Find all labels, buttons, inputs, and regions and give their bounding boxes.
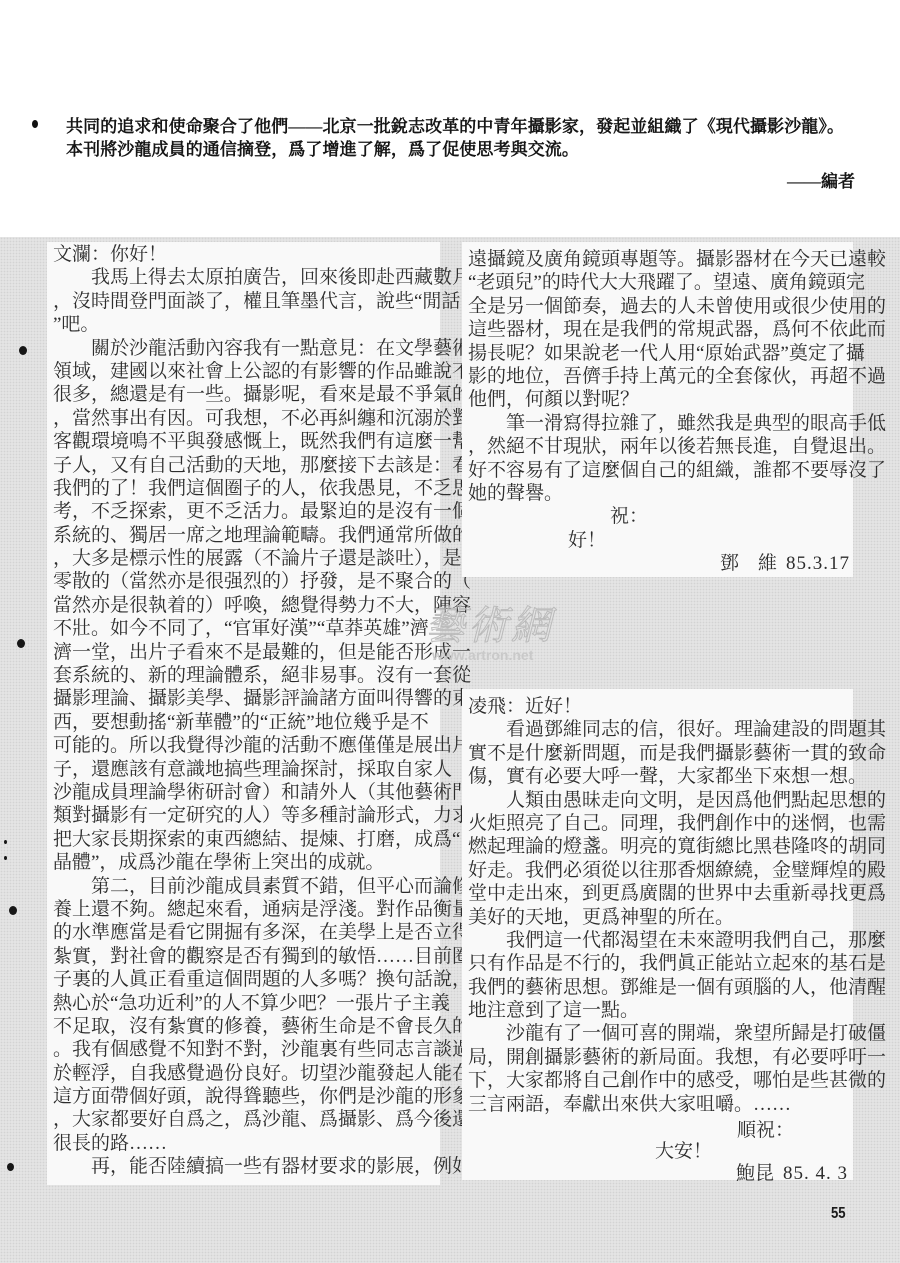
punch-hole-mark [4, 840, 7, 844]
text-line: 我們這一代都渴望在未來證明我們自己，那麼 [468, 929, 853, 952]
text-line: 傷，實有必要大呼一聲，大家都坐下來想一想。 [468, 765, 853, 788]
text-line: 美好的天地，更爲神聖的所在。 [468, 906, 853, 929]
text-line: 好走。我們必須從以往那香烟繚繞，金璧輝煌的殿 [468, 859, 853, 882]
text-line: 把大家長期探索的東西總結、提煉、打磨，成爲“ [53, 828, 440, 851]
text-line: 。我有個感覺不知對不對，沙龍裏有些同志言談過 [53, 1038, 440, 1061]
text-line: 晶體”，成爲沙龍在學術上突出的成就。 [53, 851, 440, 874]
text-line: 筆一滑寫得拉雜了，雖然我是典型的眼高手低 [468, 412, 853, 435]
letter-signature: 鄧 維85.3.17 [468, 552, 853, 575]
letter-greeting: 文瀾：你好！ [53, 243, 440, 266]
text-line: 子裏的人眞正看重這個問題的人多嗎？換句話說， [53, 968, 440, 991]
text-line: 的水準應當是看它開掘有多深，在美學上是否立得 [53, 921, 440, 944]
signer-name: 鄧 維 [720, 553, 777, 574]
text-line: 濟一堂，出片子看來不是最難的，但是能否形成一 [53, 641, 440, 664]
text-line: 考，不乏探索，更不乏活力。最緊迫的是沒有一個 [53, 500, 440, 523]
text-line: ，沒時間登門面談了，權且筆墨代言，說些“閒話 [53, 290, 440, 313]
text-line: 我馬上得去太原拍廣告，回來後即赴西藏數月 [53, 266, 440, 289]
text-line: 好不容易有了這麼個自己的組織，誰都不要辱沒了 [468, 459, 853, 482]
text-line: 我們的了！我們這個圈子的人，依我愚見，不乏思 [53, 477, 440, 500]
text-line: ”吧。 [53, 313, 440, 336]
punch-hole-mark [4, 856, 7, 860]
punch-hole-mark [7, 1163, 14, 1171]
text-line: ，當然事出有因。可我想，不必再糾纏和沉溺於對 [53, 407, 440, 430]
text-line: 零散的（當然亦是很强烈的）抒發，是不聚合的（ [53, 570, 440, 593]
signer-name: 鮑昆 [736, 1163, 774, 1184]
text-line: 可能的。所以我覺得沙龍的活動不應僅僅是展出片 [53, 734, 440, 757]
text-line: 當然亦是很執着的）呼喚，總覺得勢力不大，陣容 [53, 594, 440, 617]
text-line: 人類由愚昧走向文明，是因爲他們點起思想的 [468, 789, 853, 812]
text-line: 她的聲譽。 [468, 482, 853, 505]
text-line: 他們，何顏以對呢？ [468, 388, 853, 411]
text-line: 子，還應該有意識地搞些理論探討，採取自家人（ [53, 758, 440, 781]
text-line: 類對攝影有一定研究的人）等多種討論形式，力求 [53, 804, 440, 827]
text-line: 沙龍有了一個可喜的開端，衆望所歸是打破僵 [468, 1022, 853, 1045]
text-line: 揚長呢？如果說老一代人用“原始武器”奠定了攝 [468, 342, 853, 365]
text-line: ，大家都要好自爲之，爲沙龍、爲攝影、爲今後還 [53, 1108, 440, 1131]
text-line: 實不是什麼新問題，而是我們攝影藝術一貫的致命 [468, 742, 853, 765]
text-line: 系統的、獨居一席之地理論範疇。我們通常所做的 [53, 524, 440, 547]
text-line: 影的地位，吾儕手持上萬元的全套傢伙，再超不過 [468, 365, 853, 388]
intro-line: 共同的追求和使命聚合了他們——北京一批銳志改革的中青年攝影家，發起並組織了《現代… [66, 115, 866, 138]
text-line: 西，要想動搖“新華體”的“正統”地位幾乎是不 [53, 711, 440, 734]
letter-wish: 好！ [468, 529, 853, 552]
text-line: 熱心於“急功近利”的人不算少吧？一張片子主義 [53, 992, 440, 1015]
text-line: 地注意到了這一點。 [468, 999, 853, 1022]
editor-intro: 共同的追求和使命聚合了他們——北京一批銳志改革的中青年攝影家，發起並組織了《現代… [66, 115, 866, 162]
letter-1-column-left: 文瀾：你好！ 我馬上得去太原拍廣告，回來後即赴西藏數月 ，沒時間登門面談了，權且… [47, 242, 440, 1185]
text-line: 第二，目前沙龍成員素質不錯，但平心而論修 [53, 875, 440, 898]
letter-closing: 順祝： [468, 1119, 853, 1142]
text-line: 這些器材，現在是我們的常規武器，爲何不依此而 [468, 318, 853, 341]
text-line: 很多，總還是有一些。攝影呢，看來是最不爭氣的 [53, 383, 440, 406]
punch-hole-mark [19, 346, 27, 355]
letter-closing: 祝： [468, 505, 853, 528]
text-line: 只有作品是不行的，我們眞正能站立起來的基石是 [468, 952, 853, 975]
text-line: 我們的藝術思想。鄧維是一個有頭腦的人，他清醒 [468, 976, 853, 999]
bullet-icon [32, 120, 38, 128]
text-line: 不壯。如今不同了，“官軍好漢”“草莽英雄”濟 [53, 617, 440, 640]
text-line: 這方面帶個好頭，說得聳聽些，你們是沙龍的形象 [53, 1085, 440, 1108]
text-line: 很長的路…… [53, 1132, 440, 1155]
punch-hole-mark [9, 906, 17, 915]
text-line: 不足取，沒有紮實的修養，藝術生命是不會長久的 [53, 1015, 440, 1038]
text-line: 三言兩語，奉獻出來供大家咀嚼。…… [468, 1093, 853, 1116]
text-line: 領域，建國以來社會上公認的有影響的作品雖說不 [53, 360, 440, 383]
text-line: 於輕浮，自我感覺過份良好。切望沙龍發起人能在 [53, 1062, 440, 1085]
text-line: 堂中走出來，到更爲廣闊的世界中去重新尋找更爲 [468, 882, 853, 905]
text-line: 沙龍成員理論學術研討會）和請外人（其他藝術門 [53, 781, 440, 804]
text-line: 局，開創攝影藝術的新局面。我想，有必要呼吁一 [468, 1046, 853, 1069]
letter-date: 85.3.17 [786, 553, 850, 574]
text-line: 燃起理論的燈盞。明亮的寬街總比黑巷隆咚的胡同 [468, 835, 853, 858]
letter-date: 85. 4. 3 [783, 1163, 848, 1184]
text-line: 套系統的、新的理論體系，絕非易事。沒有一套從 [53, 664, 440, 687]
text-line: 全是另一個節奏，過去的人未曾使用或很少使用的 [468, 295, 853, 318]
letter-2: 凌飛：近好！ 看過鄧維同志的信，很好。理論建設的問題其 實不是什麼新問題，而是我… [462, 689, 853, 1180]
watermark-logo: 藝術網 [425, 594, 554, 651]
letter-signature: 鮑昆85. 4. 3 [468, 1162, 853, 1185]
text-line: 下，大家都將自己創作中的感受，哪怕是些甚微的 [468, 1069, 853, 1092]
letter-greeting: 凌飛：近好！ [468, 695, 853, 718]
text-line: 客觀環境鳴不平與發感慨上，既然我們有這麼一幫 [53, 430, 440, 453]
text-line: 養上還不夠。總起來看，通病是浮淺。對作品衡量 [53, 898, 440, 921]
text-line: 紮實，對社會的觀察是否有獨到的敏悟……目前圈 [53, 945, 440, 968]
text-line: “老頭兒”的時代大大飛躍了。望遠、廣角鏡頭完 [468, 271, 853, 294]
page-number: 55 [831, 1205, 846, 1223]
text-line: 再，能否陸續搞一些有器材要求的影展，例如 [53, 1155, 440, 1178]
text-line: ，大多是標示性的展露（不論片子還是談吐），是 [53, 547, 440, 570]
text-line: 遠攝鏡及廣角鏡頭專題等。攝影器材在今天已遠較 [468, 248, 853, 271]
letter-wish: 大安！ [468, 1140, 853, 1163]
intro-line: 本刊將沙龍成員的通信摘登，爲了增進了解，爲了促使思考與交流。 [66, 138, 866, 161]
text-line: 關於沙龍活動內容我有一點意見：在文學藝術 [53, 337, 440, 360]
text-line: ，然絕不甘現狀，兩年以後若無長進，自覺退出。 [468, 435, 853, 458]
letter-1-column-right: 遠攝鏡及廣角鏡頭專題等。攝影器材在今天已遠較 “老頭兒”的時代大大飛躍了。望遠、… [462, 242, 853, 577]
watermark-url: www.artron.net [432, 647, 533, 663]
text-line: 火炬照亮了自己。同理，我們創作中的迷惘，也需 [468, 812, 853, 835]
text-line: 看過鄧維同志的信，很好。理論建設的問題其 [468, 718, 853, 741]
text-line: 攝影理論、攝影美學、攝影評論諸方面叫得響的東 [53, 687, 440, 710]
editor-signature: ——編者 [787, 170, 855, 193]
punch-hole-mark [17, 639, 25, 648]
text-line: 子人，又有自己活動的天地，那麼接下去該是：看 [53, 454, 440, 477]
